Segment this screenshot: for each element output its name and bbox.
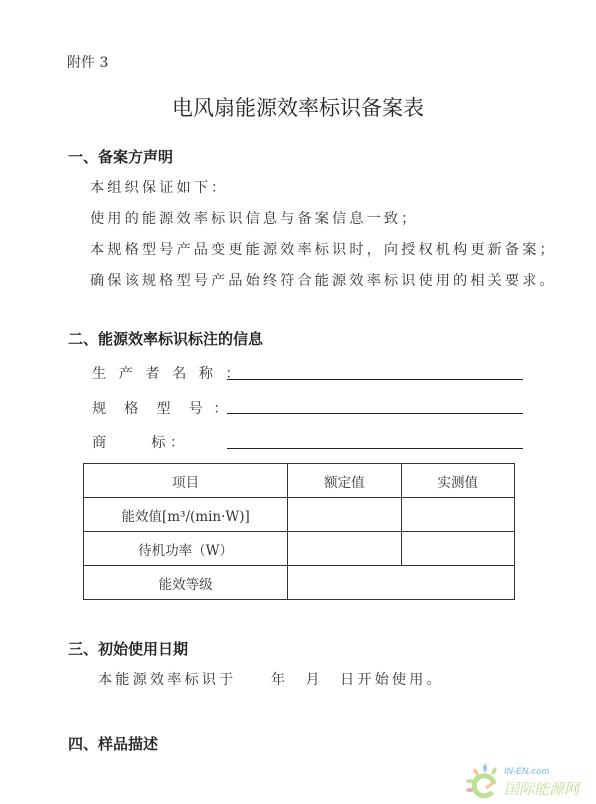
efficiency-rated-cell[interactable]	[288, 498, 401, 532]
table-header-row: 项目 额定值 实测值	[84, 464, 515, 498]
header-measured: 实测值	[401, 464, 514, 498]
declaration-line: 使用的能源效率标识信息与备案信息一致；	[90, 208, 418, 228]
attachment-label: 附件 3	[67, 52, 108, 72]
watermark-site-name: 国际能源网	[504, 778, 579, 799]
grade-value-cell[interactable]	[288, 566, 515, 600]
header-item: 项目	[84, 464, 288, 498]
row-label-grade: 能效等级	[84, 566, 288, 600]
start-date-sentence: 本能源效率标识于 年 月 日开始使用。	[98, 669, 444, 689]
row-label-standby-power: 待机功率（W）	[84, 532, 288, 566]
table-row: 能效等级	[84, 566, 515, 600]
standby-rated-cell[interactable]	[288, 532, 401, 566]
section-heading-start-date: 三、初始使用日期	[68, 638, 188, 659]
model-label: 规 格 型 号 ：	[92, 398, 231, 418]
watermark-domain: IN-EN.com	[504, 766, 550, 776]
manufacturer-label: 生 产 者 名 称 ：	[92, 363, 244, 383]
table-row: 能效值[m³/(min·W)]	[84, 498, 515, 532]
declaration-line: 确保该规格型号产品始终符合能源效率标识使用的相关要求。	[90, 270, 557, 290]
manufacturer-field[interactable]	[227, 379, 523, 380]
model-field[interactable]	[227, 413, 523, 414]
trademark-field[interactable]	[227, 448, 523, 449]
energy-efficiency-table: 项目 额定值 实测值 能效值[m³/(min·W)] 待机功率（W） 能效等级	[83, 463, 515, 600]
section-heading-sample-desc: 四、样品描述	[68, 733, 158, 754]
header-rated: 额定值	[288, 464, 401, 498]
standby-measured-cell[interactable]	[401, 532, 514, 566]
declaration-line: 本组织保证如下：	[90, 177, 228, 197]
watermark-logo: IN-EN.com 国际能源网	[462, 764, 592, 802]
page-title: 电风扇能源效率标识备案表	[0, 92, 596, 122]
trademark-label: 商 标 ：	[92, 432, 184, 452]
section-heading-declaration: 一、备案方声明	[68, 146, 173, 167]
declaration-line: 本规格型号产品变更能源效率标识时，向授权机构更新备案；	[90, 239, 557, 259]
section-heading-label-info: 二、能源效率标识标注的信息	[68, 328, 263, 349]
table-row: 待机功率（W）	[84, 532, 515, 566]
row-label-efficiency: 能效值[m³/(min·W)]	[84, 498, 288, 532]
efficiency-measured-cell[interactable]	[401, 498, 514, 532]
